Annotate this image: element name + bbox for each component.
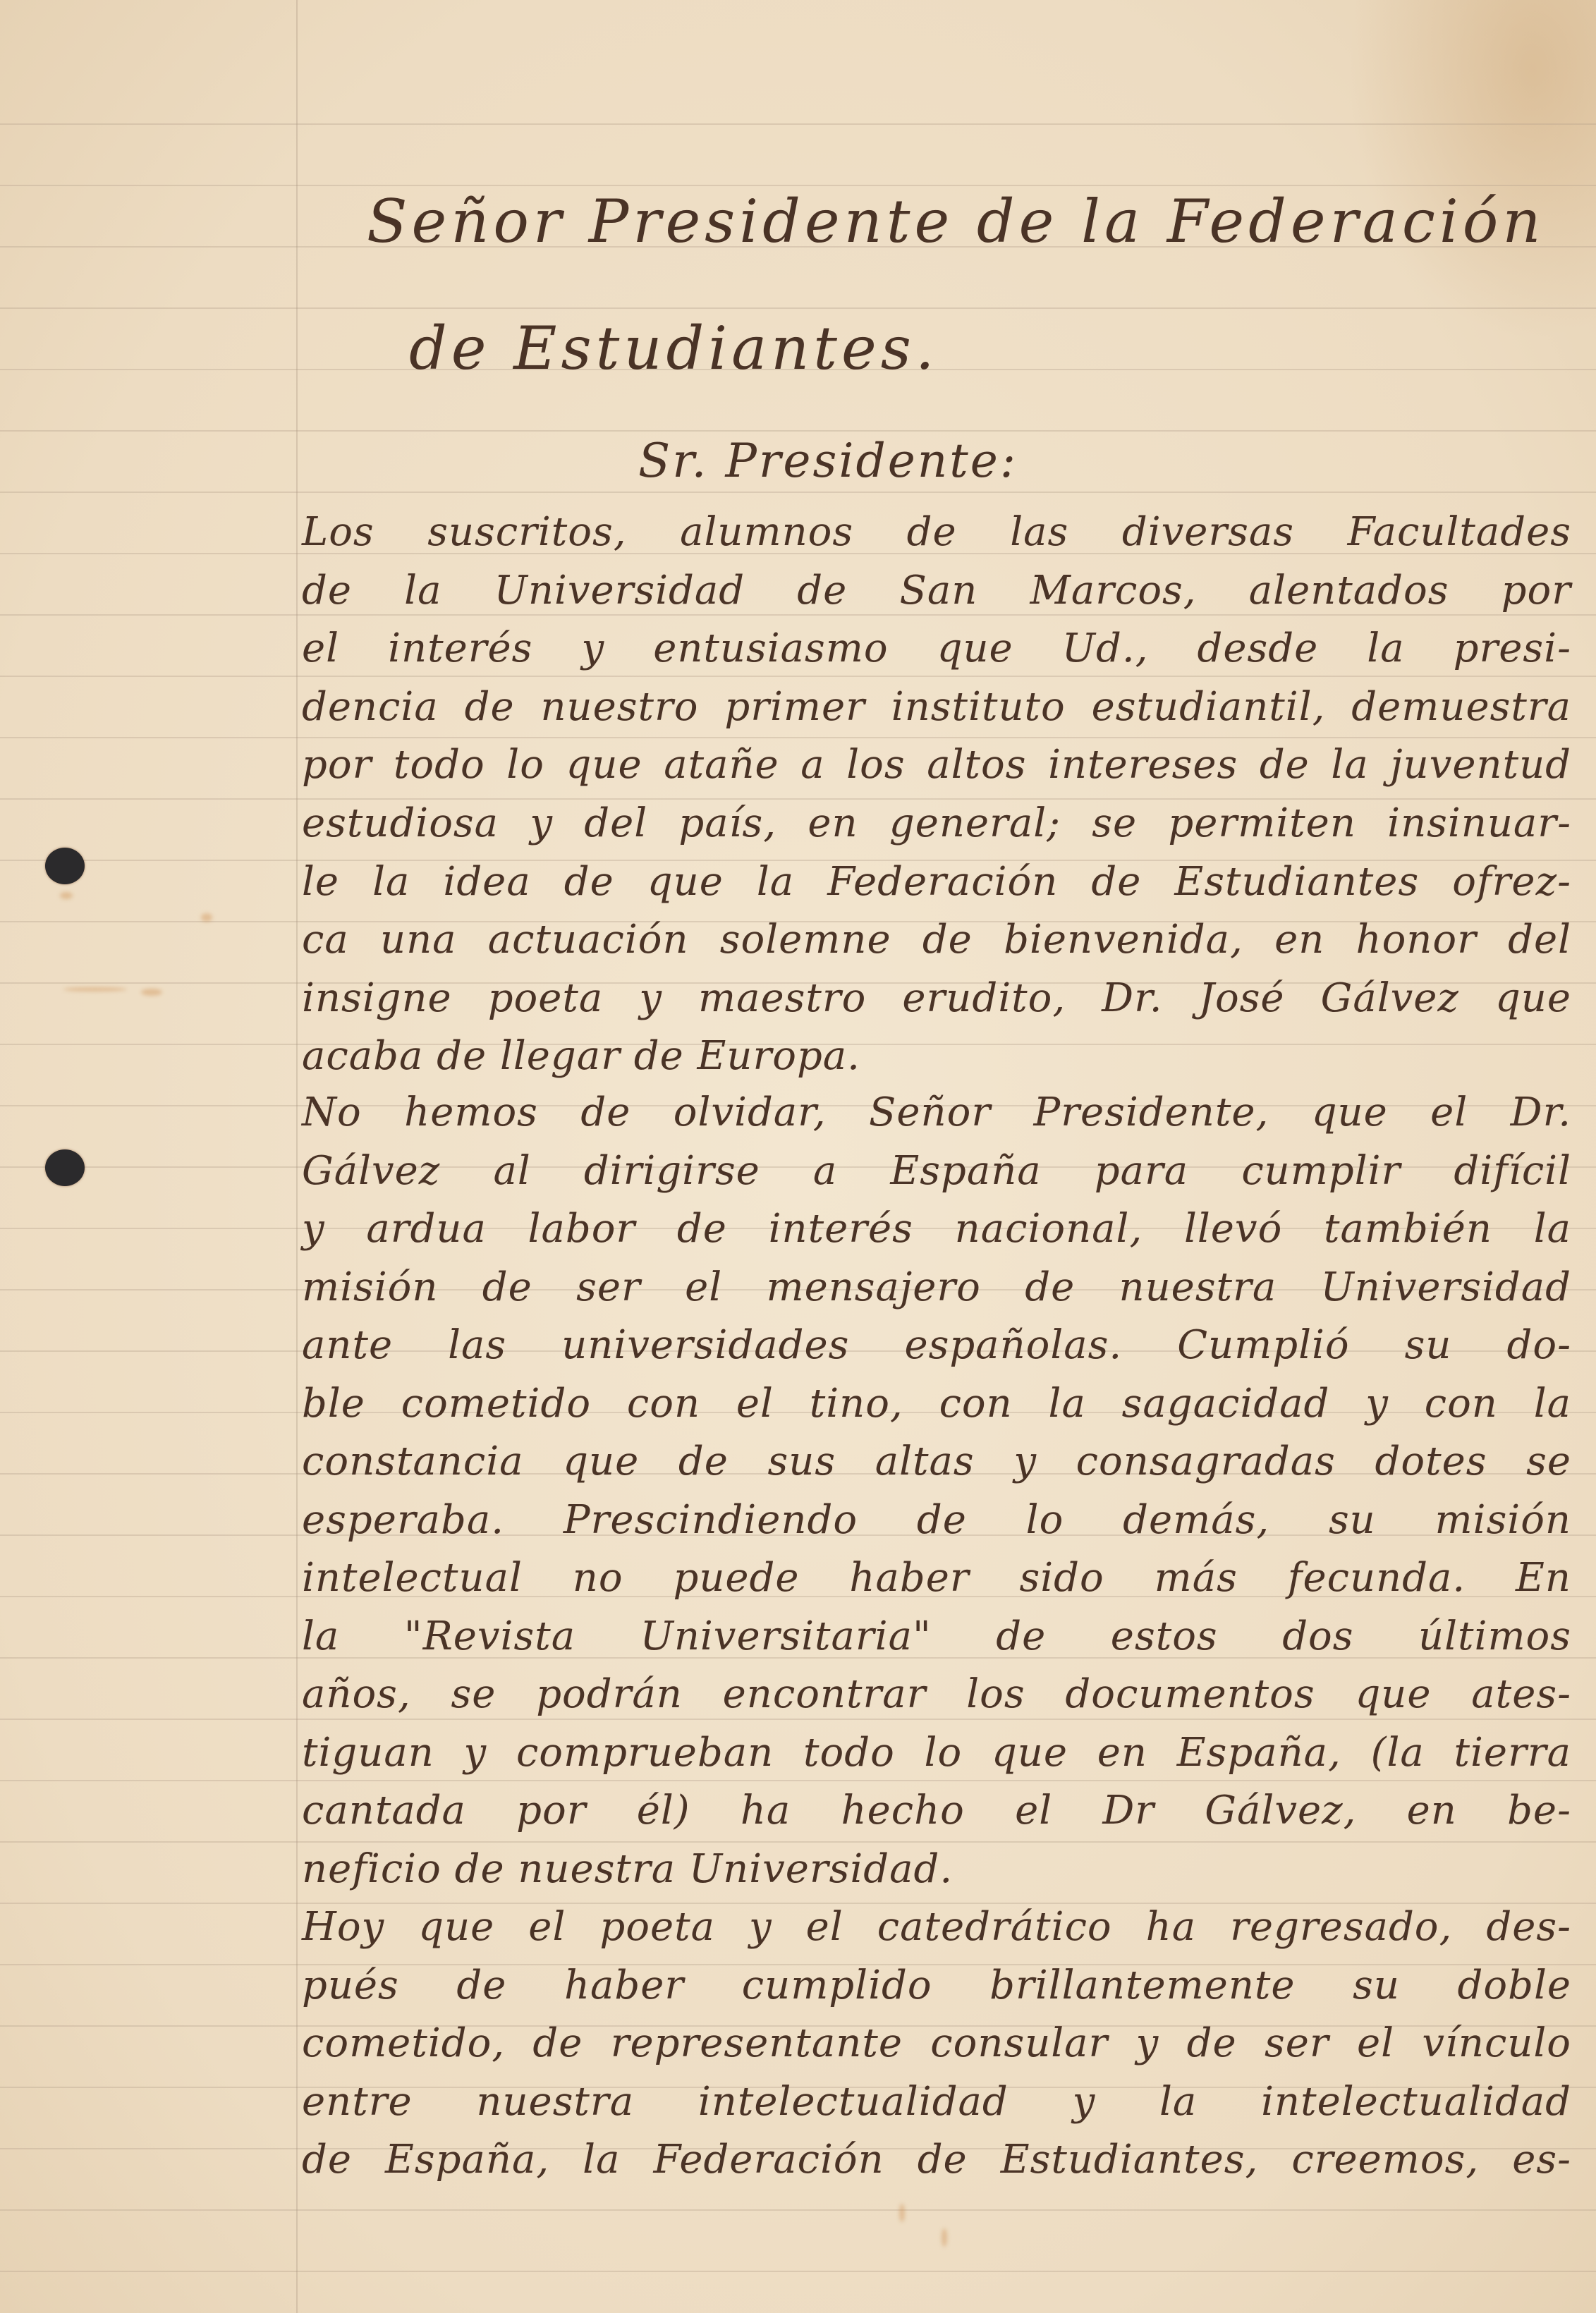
body-line: de España, la Federación de Estudiantes,… — [302, 2137, 1571, 2183]
body-line: el interés y entusiasmo que Ud., desde l… — [302, 625, 1571, 671]
ruled-line — [0, 307, 1596, 309]
ruled-line — [0, 798, 1596, 800]
stain — [899, 2204, 905, 2222]
body-line: años, se podrán encontrar los documentos… — [302, 1671, 1571, 1717]
body-line: pués de haber cumplido brillantemente su… — [302, 1963, 1571, 2008]
ruled-line — [0, 492, 1596, 493]
stain — [201, 913, 212, 922]
ruled-line — [0, 676, 1596, 677]
ruled-line — [0, 1780, 1596, 1781]
body-line: insigne poeta y maestro erudito, Dr. Jos… — [302, 975, 1571, 1021]
stain — [60, 892, 73, 899]
body-line: cometido, de representante consular y de… — [302, 2020, 1571, 2066]
ruled-line — [0, 614, 1596, 616]
letter-page: Señor Presidente de la Federación de Est… — [0, 0, 1596, 2313]
body-line: ble cometido con el tino, con la sagacid… — [302, 1381, 1571, 1427]
ruled-line — [0, 1841, 1596, 1843]
ruled-line — [0, 737, 1596, 738]
body-line: y ardua labor de interés nacional, llevó… — [302, 1206, 1571, 1252]
body-line: esperaba. Prescindiendo de lo demás, su … — [302, 1497, 1571, 1543]
body-line: Gálvez al dirigirse a España para cumpli… — [302, 1148, 1571, 1194]
body-line: estudiosa y del país, en general; se per… — [302, 800, 1571, 846]
body-line: ante las universidades españolas. Cumpli… — [302, 1322, 1571, 1368]
salutation: Sr. Presidente: — [638, 434, 1018, 488]
body-line: ca una actuación solemne de bienvenida, … — [302, 917, 1571, 963]
punch-hole-top — [45, 848, 85, 884]
ruled-line — [0, 123, 1596, 125]
body-line: constancia que de sus altas y consagrada… — [302, 1439, 1571, 1484]
stain — [141, 989, 162, 996]
stain — [942, 2228, 947, 2247]
ruled-line — [0, 185, 1596, 186]
margin-line — [296, 0, 298, 2313]
body-line: acaba de llegar de Europa. — [302, 1033, 1571, 1079]
body-line: No hemos de olvidar, Señor Presidente, q… — [302, 1090, 1571, 1135]
body-line: le la idea de que la Federación de Estud… — [302, 859, 1571, 905]
body-line: entre nuestra intelectualidad y la intel… — [302, 2079, 1571, 2125]
body-line: neficio de nuestra Universidad. — [302, 1846, 1571, 1892]
ruled-line — [0, 430, 1596, 432]
body-line: Los suscritos, alumnos de las diversas F… — [302, 509, 1571, 555]
body-line: la "Revista Universitaria" de estos dos … — [302, 1613, 1571, 1659]
ruled-line — [0, 2271, 1596, 2272]
body-line: tiguan y comprueban todo lo que en Españ… — [302, 1730, 1571, 1776]
ruled-line — [0, 1719, 1596, 1720]
body-line: dencia de nuestro primer instituto estud… — [302, 684, 1571, 730]
letter-heading-line-1: Señor Presidente de la Federación — [367, 187, 1545, 256]
body-line: intelectual no puede haber sido más fecu… — [302, 1555, 1571, 1601]
body-line: misión de ser el mensajero de nuestra Un… — [302, 1264, 1571, 1310]
ruled-line — [0, 2209, 1596, 2211]
stain — [63, 987, 127, 991]
body-line: Hoy que el poeta y el catedrático ha reg… — [302, 1904, 1571, 1950]
body-line: por todo lo que atañe a los altos intere… — [302, 742, 1571, 788]
body-line: de la Universidad de San Marcos, alentad… — [302, 568, 1571, 614]
body-line: cantada por él) ha hecho el Dr Gálvez, e… — [302, 1788, 1571, 1833]
punch-hole-bottom — [45, 1149, 85, 1186]
letter-heading-line-2: de Estudiantes. — [409, 314, 939, 383]
